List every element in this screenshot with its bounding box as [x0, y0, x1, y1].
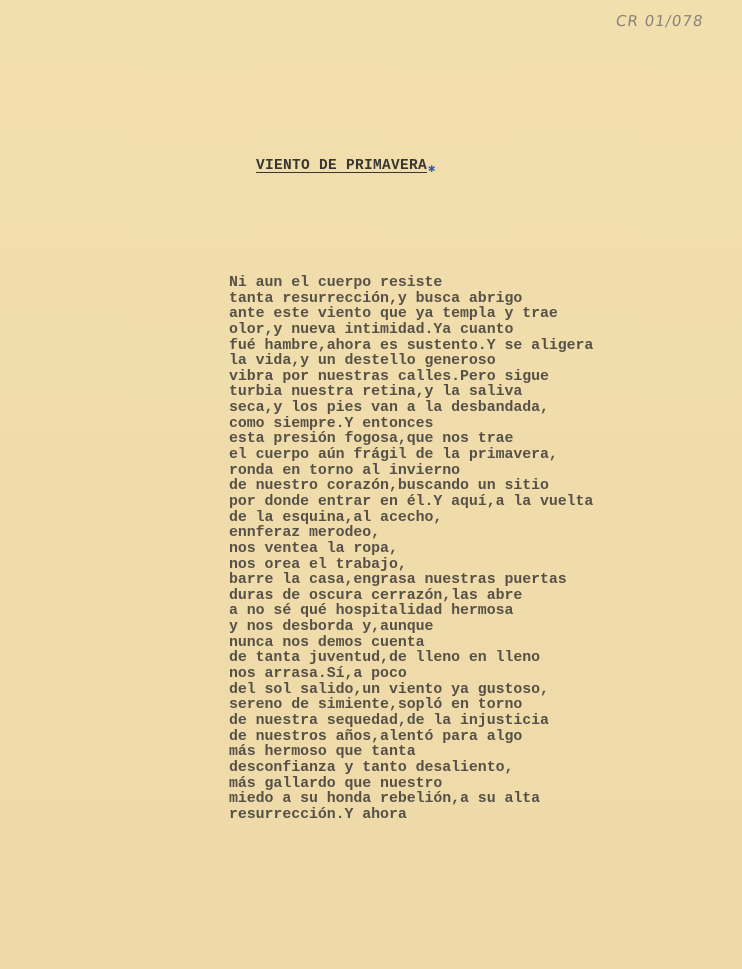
poem-line: más hermoso que tanta [229, 745, 593, 761]
archive-reference: CR 01/078 [615, 12, 705, 30]
poem-line: de nuestra sequedad,de la injusticia [229, 714, 593, 730]
poem-line: nos ventea la ropa, [229, 542, 593, 558]
poem-line: resurrección.Y ahora [229, 808, 593, 824]
poem-line: la vida,y un destello generoso [229, 354, 593, 370]
poem-line: nos arrasa.Sí,a poco [229, 667, 593, 683]
poem-line: de la esquina,al acecho, [229, 511, 593, 527]
poem-line: de nuestros años,alentó para algo [229, 730, 593, 746]
poem-line: seca,y los pies van a la desbandada, [229, 401, 593, 417]
poem-line: de nuestro corazón,buscando un sitio [229, 479, 593, 495]
poem-line: como siempre.Y entonces [229, 417, 593, 433]
poem-line: el cuerpo aún frágil de la primavera, [229, 448, 593, 464]
poem-line: barre la casa,engrasa nuestras puertas [229, 573, 593, 589]
poem-line: a no sé qué hospitalidad hermosa [229, 604, 593, 620]
poem-line: nos orea el trabajo, [229, 558, 593, 574]
typewritten-page: CR 01/078 VIENTO DE PRIMAVERA✱ Ni aun el… [0, 0, 742, 969]
poem-line: olor,y nueva intimidad.Ya cuanto [229, 323, 593, 339]
poem-line: ronda en torno al invierno [229, 464, 593, 480]
poem-title: VIENTO DE PRIMAVERA✱ [256, 158, 436, 176]
poem-line: miedo a su honda rebelión,a su alta [229, 792, 593, 808]
poem-line: vibra por nuestras calles.Pero sigue [229, 370, 593, 386]
poem-line: esta presión fogosa,que nos trae [229, 432, 593, 448]
poem-body: Ni aun el cuerpo resistetanta resurrecci… [229, 276, 593, 823]
poem-line: tanta resurrección,y busca abrigo [229, 292, 593, 308]
poem-title-text: VIENTO DE PRIMAVERA [256, 158, 427, 174]
poem-line: Ni aun el cuerpo resiste [229, 276, 593, 292]
poem-line: ennferaz merodeo, [229, 526, 593, 542]
poem-line: por donde entrar en él.Y aquí,a la vuelt… [229, 495, 593, 511]
poem-line: de tanta juventud,de lleno en lleno [229, 651, 593, 667]
poem-line: fué hambre,ahora es sustento.Y se aliger… [229, 339, 593, 355]
poem-line: sereno de simiente,sopló en torno [229, 698, 593, 714]
poem-line: nunca nos demos cuenta [229, 636, 593, 652]
poem-line: duras de oscura cerrazón,las abre [229, 589, 593, 605]
poem-line: desconfianza y tanto desaliento, [229, 761, 593, 777]
poem-line: ante este viento que ya templa y trae [229, 307, 593, 323]
poem-line: y nos desborda y,aunque [229, 620, 593, 636]
poem-line: turbia nuestra retina,y la saliva [229, 385, 593, 401]
ink-mark-icon: ✱ [428, 161, 436, 176]
poem-line: del sol salido,un viento ya gustoso, [229, 683, 593, 699]
poem-line: más gallardo que nuestro [229, 777, 593, 793]
